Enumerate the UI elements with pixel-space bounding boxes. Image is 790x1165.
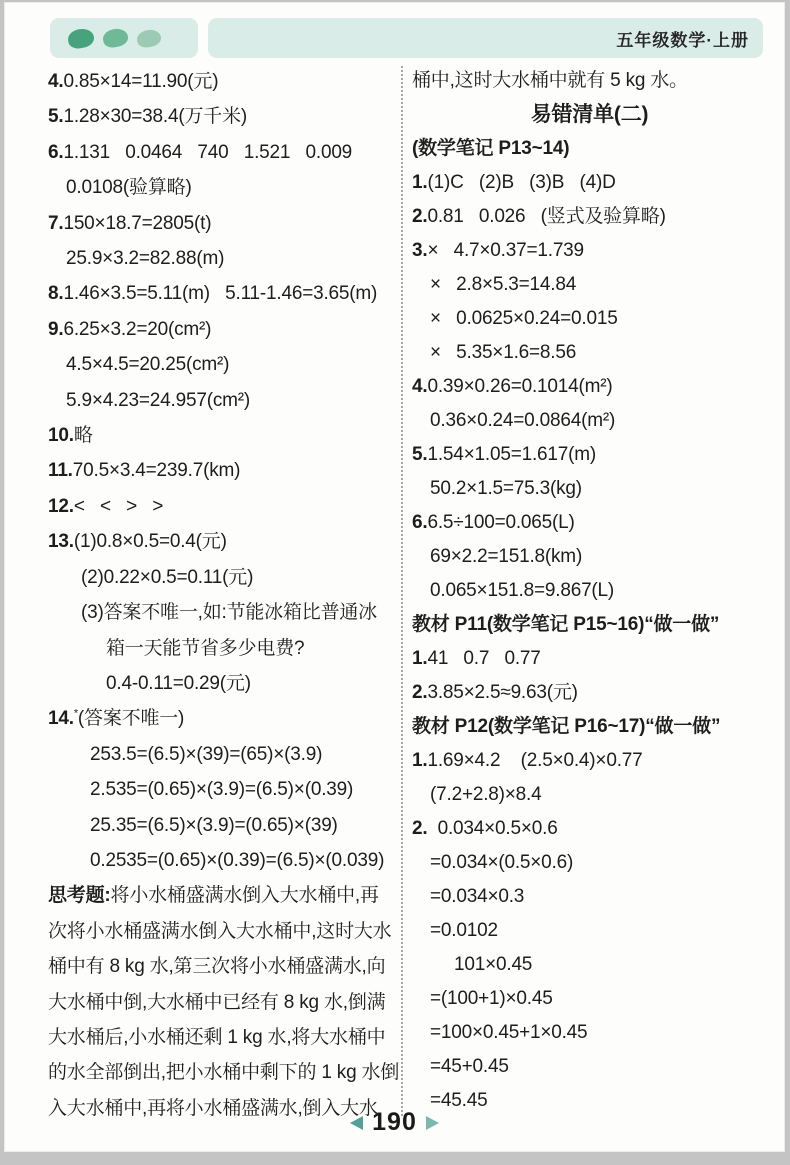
answer-line: × 2.8×5.3=14.84 xyxy=(412,268,767,302)
answer-line: 9.6.25×3.2=20(cm²) xyxy=(48,312,401,347)
answer-line: 0.4-0.11=0.29(元) xyxy=(48,666,401,701)
right-column: 桶中,这时大水桶中就有 5 kg 水。易错清单(二)(数学笔记 P13~14)1… xyxy=(412,64,767,1126)
answer-line: (3)答案不唯一,如:节能冰箱比普通冰 xyxy=(48,595,401,630)
answer-line: 6.6.5÷100=0.065(L) xyxy=(412,506,767,540)
answer-line: 1.1.69×4.2 (2.5×0.4)×0.77 xyxy=(412,744,767,778)
left-column: 4.0.85×14=11.90(元)5.1.28×30=38.4(万千米)6.1… xyxy=(48,64,401,1126)
answer-line: 3.× 4.7×0.37=1.739 xyxy=(412,234,767,268)
header-decoration-box xyxy=(50,18,198,58)
answer-line: 次将小水桶盛满水倒入大水桶中,这时大水 xyxy=(48,914,401,949)
paper-page: 五年级数学·上册 4.0.85×14=11.90(元)5.1.28×30=38.… xyxy=(4,2,785,1152)
answer-line: 1.41 0.7 0.77 xyxy=(412,642,767,676)
scanned-page: 五年级数学·上册 4.0.85×14=11.90(元)5.1.28×30=38.… xyxy=(0,0,790,1165)
answer-line: 4.0.39×0.26=0.1014(m²) xyxy=(412,370,767,404)
answer-line: (数学笔记 P13~14) xyxy=(412,132,767,166)
answer-line: (2)0.22×0.5=0.11(元) xyxy=(48,560,401,595)
answer-line: 5.1.28×30=38.4(万千米) xyxy=(48,99,401,134)
answer-line: 12.< < > > xyxy=(48,489,401,524)
answer-line: 0.2535=(0.65)×(0.39)=(6.5)×(0.039) xyxy=(48,843,401,878)
answer-line: 思考题:将小水桶盛满水倒入大水桶中,再 xyxy=(48,878,401,913)
answer-line: 箱一天能节省多少电费? xyxy=(48,631,401,666)
answer-line: =100×0.45+1×0.45 xyxy=(412,1016,767,1050)
answer-line: =0.034×0.3 xyxy=(412,880,767,914)
answer-line: 8.1.46×3.5=5.11(m) 5.11-1.46=3.65(m) xyxy=(48,276,401,311)
answer-line: =0.034×(0.5×0.6) xyxy=(412,846,767,880)
answer-line: 大水桶后,小水桶还剩 1 kg 水,将大水桶中 xyxy=(48,1020,401,1055)
page-number: 190 xyxy=(372,1108,417,1137)
answer-line: 的水全部倒出,把小水桶中剩下的 1 kg 水倒 xyxy=(48,1055,401,1090)
leaf-dot-icon xyxy=(136,28,163,49)
page-footer: 190 xyxy=(4,1108,785,1137)
leaf-dot-icon xyxy=(67,26,96,49)
answer-line: 2.535=(0.65)×(3.9)=(6.5)×(0.39) xyxy=(48,772,401,807)
page-header: 五年级数学·上册 xyxy=(50,18,763,58)
column-divider xyxy=(401,66,403,1116)
answer-line: 253.5=(6.5)×(39)=(65)×(3.9) xyxy=(48,737,401,772)
answer-line: 教材 P12(数学笔记 P16~17)“做一做” xyxy=(412,710,767,744)
answer-line: 2. 0.034×0.5×0.6 xyxy=(412,812,767,846)
answer-line: 教材 P11(数学笔记 P15~16)“做一做” xyxy=(412,608,767,642)
answer-line: 11.70.5×3.4=239.7(km) xyxy=(48,453,401,488)
answers-content: 4.0.85×14=11.90(元)5.1.28×30=38.4(万千米)6.1… xyxy=(4,64,785,1126)
book-title: 五年级数学·上册 xyxy=(616,26,749,51)
prev-page-icon xyxy=(350,1116,363,1130)
answer-line: 101×0.45 xyxy=(412,948,767,982)
answer-line: 2.3.85×2.5≈9.63(元) xyxy=(412,676,767,710)
answer-line: 13.(1)0.8×0.5=0.4(元) xyxy=(48,524,401,559)
answer-line: (7.2+2.8)×8.4 xyxy=(412,778,767,812)
answer-line: =(100+1)×0.45 xyxy=(412,982,767,1016)
answer-line: 50.2×1.5=75.3(kg) xyxy=(412,472,767,506)
answer-line: 4.5×4.5=20.25(cm²) xyxy=(48,347,401,382)
answer-line: 10.略 xyxy=(48,418,401,453)
answer-line: =45+0.45 xyxy=(412,1050,767,1084)
answer-line: 0.36×0.24=0.0864(m²) xyxy=(412,404,767,438)
answer-line: 易错清单(二) xyxy=(412,98,767,132)
answer-line: 2.0.81 0.026 (竖式及验算略) xyxy=(412,200,767,234)
header-banner: 五年级数学·上册 xyxy=(208,18,763,58)
answer-line: 4.0.85×14=11.90(元) xyxy=(48,64,401,99)
answer-line: 7.150×18.7=2805(t) xyxy=(48,206,401,241)
answer-line: 6.1.131 0.0464 740 1.521 0.009 xyxy=(48,135,401,170)
answer-line: 25.35=(6.5)×(3.9)=(0.65)×(39) xyxy=(48,808,401,843)
answer-line: 0.0108(验算略) xyxy=(48,170,401,205)
answer-line: =0.0102 xyxy=(412,914,767,948)
answer-line: 25.9×3.2=82.88(m) xyxy=(48,241,401,276)
answer-line: 0.065×151.8=9.867(L) xyxy=(412,574,767,608)
answer-line: 5.9×4.23=24.957(cm²) xyxy=(48,383,401,418)
answer-line: 大水桶中倒,大水桶中已经有 8 kg 水,倒满 xyxy=(48,985,401,1020)
answer-line: 1.(1)C (2)B (3)B (4)D xyxy=(412,166,767,200)
answer-line: 桶中有 8 kg 水,第三次将小水桶盛满水,向 xyxy=(48,949,401,984)
answer-line: 14.*(答案不唯一) xyxy=(48,701,401,736)
answer-line: 5.1.54×1.05=1.617(m) xyxy=(412,438,767,472)
answer-line: × 5.35×1.6=8.56 xyxy=(412,336,767,370)
leaf-dot-icon xyxy=(102,27,130,49)
answer-line: 69×2.2=151.8(km) xyxy=(412,540,767,574)
answer-line: 桶中,这时大水桶中就有 5 kg 水。 xyxy=(412,64,767,98)
answer-line: × 0.0625×0.24=0.015 xyxy=(412,302,767,336)
next-page-icon xyxy=(426,1116,439,1130)
